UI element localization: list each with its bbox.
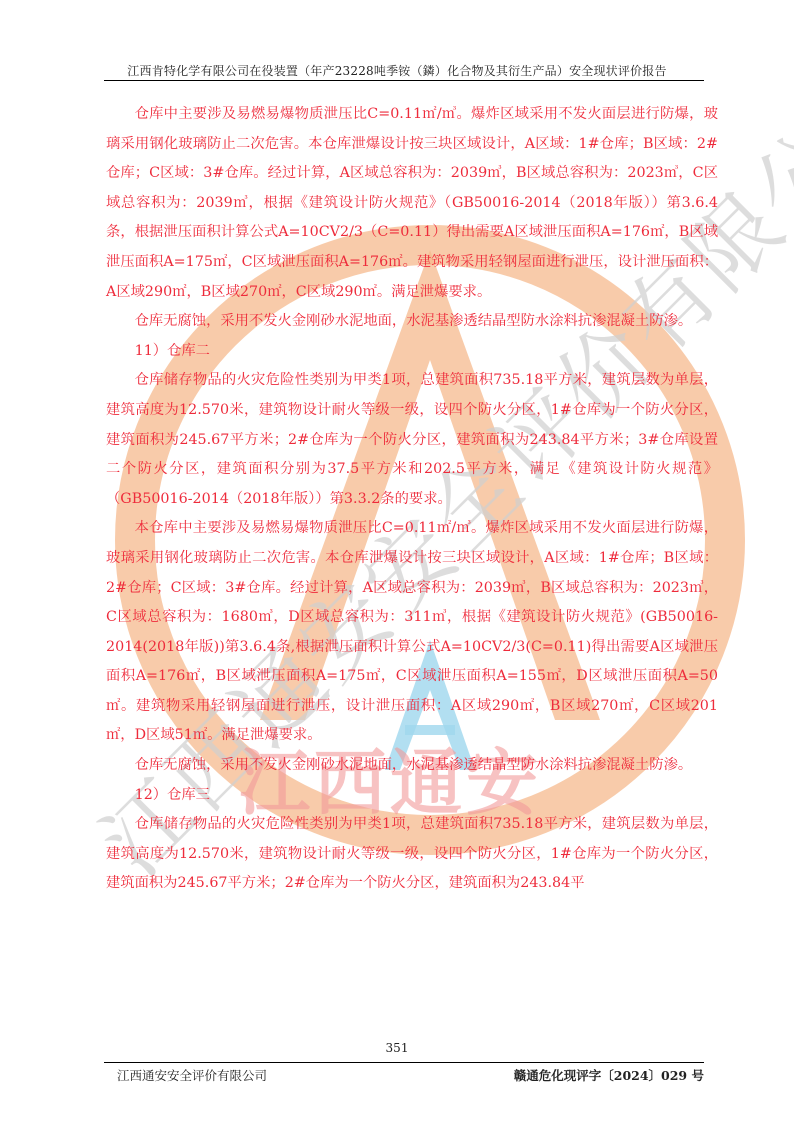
- paragraph-warehouse2-anticorrosion: 仓库无腐蚀，采用不发火金刚砂水泥地面，水泥基渗透结晶型防水涂料抗渗混凝土防渗。: [106, 751, 718, 781]
- section-heading-warehouse2: 11）仓库二: [106, 337, 718, 367]
- paragraph-warehouse1-venting: 仓库中主要涉及易燃易爆物质泄压比C=0.11㎡/㎥。爆炸区域采用不发火面层进行防…: [106, 100, 718, 307]
- section-heading-warehouse3: 12）仓库三: [106, 781, 718, 811]
- paragraph-warehouse1-anticorrosion: 仓库无腐蚀，采用不发火金刚砂水泥地面，水泥基渗透结晶型防水涂料抗渗混凝土防渗。: [106, 307, 718, 337]
- footer-company: 江西通安安全评价有限公司: [117, 1066, 267, 1084]
- paragraph-warehouse3-fire-rating: 仓库储存物品的火灾危险性类别为甲类1项，总建筑面积735.18平方米，建筑层数为…: [106, 810, 718, 899]
- page-number: 351: [0, 1041, 794, 1055]
- paragraph-warehouse2-venting: 本仓库中主要涉及易燃易爆物质泄压比C=0.11㎡/㎥。爆炸区域采用不发火面层进行…: [106, 514, 718, 751]
- footer-divider: [104, 1062, 704, 1063]
- page-header-title: 江西肯特化学有限公司在役装置（年产23228吨季铵（鏻）化合物及其衍生产品）安全…: [0, 62, 794, 79]
- footer-doc-number: 赣通危化现评字〔2024〕029 号: [514, 1066, 704, 1084]
- header-divider: [104, 80, 704, 81]
- document-body: 仓库中主要涉及易燃易爆物质泄压比C=0.11㎡/㎥。爆炸区域采用不发火面层进行防…: [106, 100, 718, 899]
- paragraph-warehouse2-fire-rating: 仓库储存物品的火灾危险性类别为甲类1项，总建筑面积735.18平方米，建筑层数为…: [106, 366, 718, 514]
